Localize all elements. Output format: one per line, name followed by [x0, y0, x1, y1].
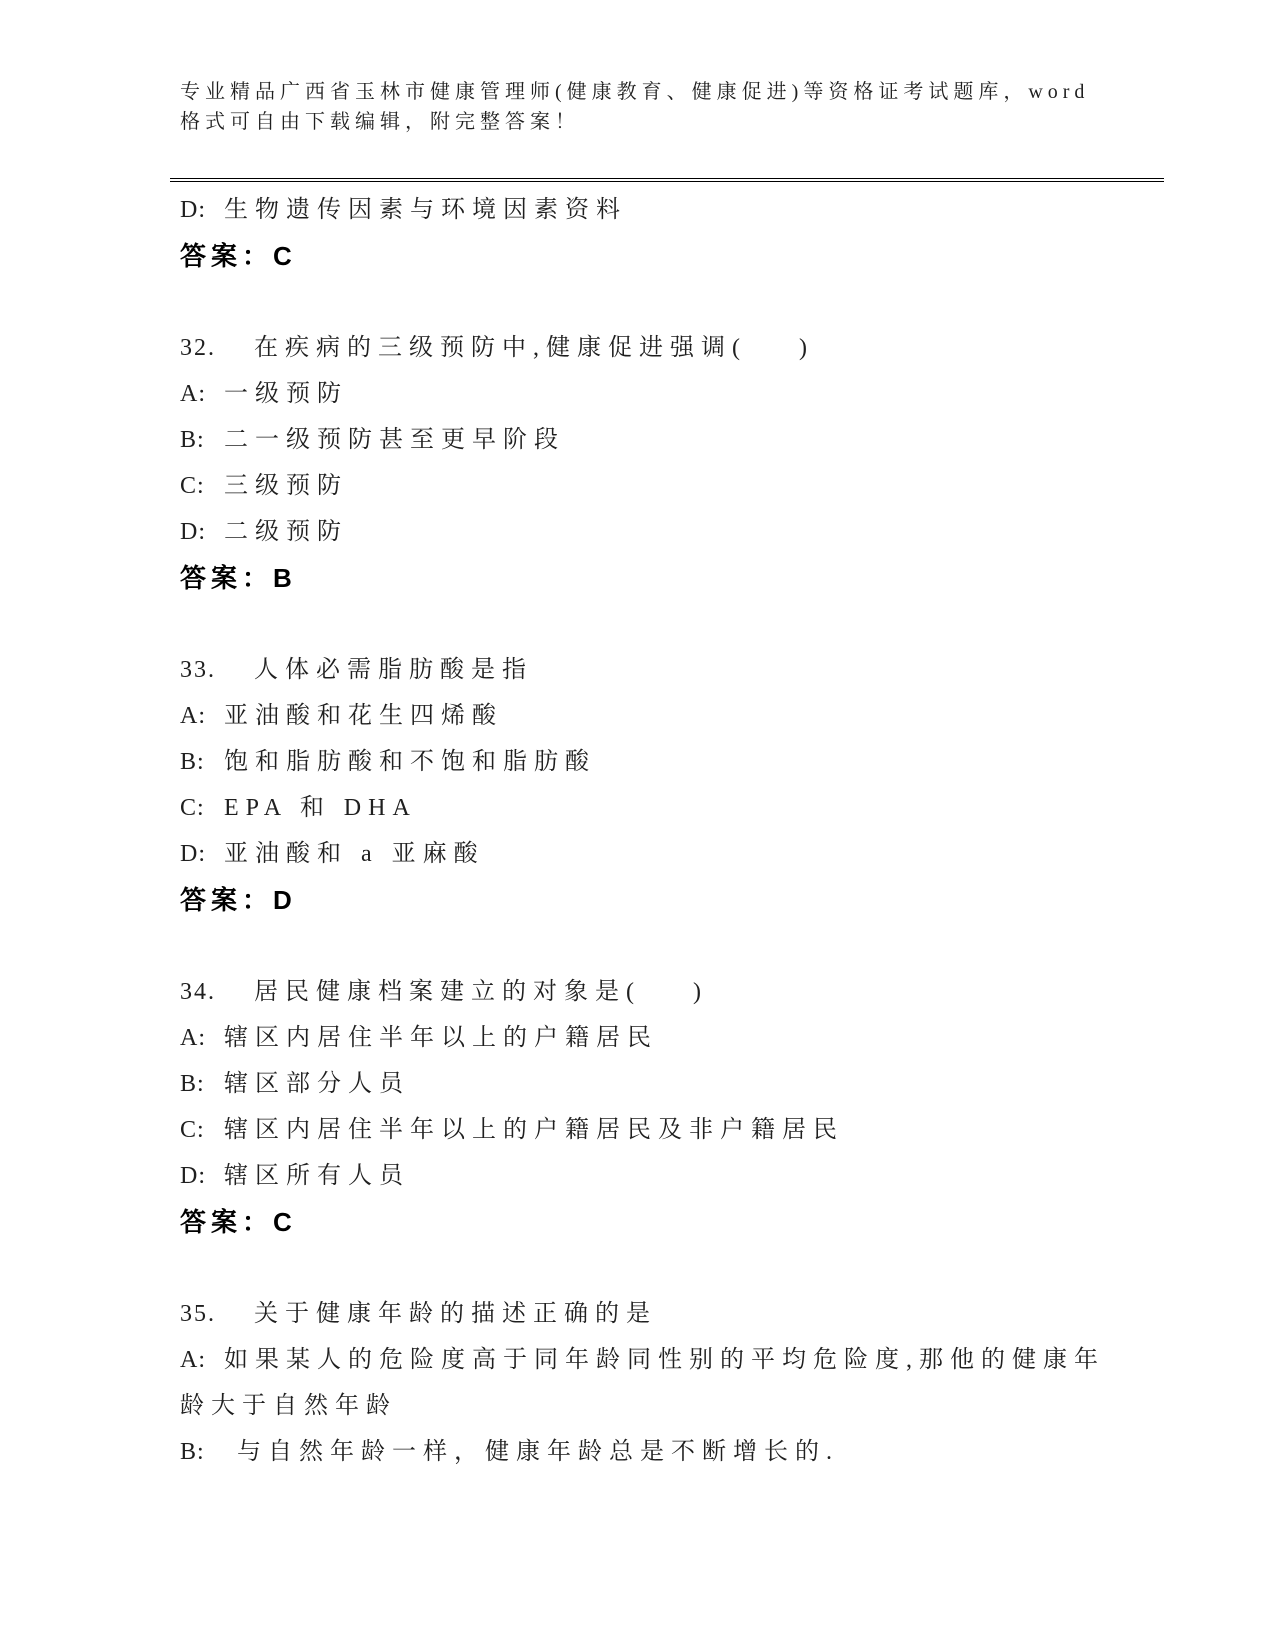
- option-label: C:: [180, 1107, 224, 1153]
- answer-line: 答案：B: [180, 555, 1190, 601]
- option-a: A:亚油酸和花生四烯酸: [180, 693, 1190, 739]
- option-text: 二级预防: [224, 519, 348, 545]
- document-page: 专业精品广西省玉林市健康管理师(健康教育、健康促进)等资格证考试题库，word …: [0, 0, 1275, 1650]
- question-title: 35.关于健康年龄的描述正确的是: [180, 1291, 1190, 1337]
- option-a-continuation: 龄大于自然年龄: [180, 1383, 1190, 1429]
- option-text: 辖区所有人员: [224, 1163, 410, 1189]
- question-title: 33.人体必需脂肪酸是指: [180, 647, 1190, 693]
- option-c: C:三级预防: [180, 463, 1190, 509]
- question-35: 35.关于健康年龄的描述正确的是 A:如果某人的危险度高于同年龄同性别的平均危险…: [180, 1291, 1190, 1475]
- option-label: B:: [180, 739, 224, 785]
- question-number: 35.: [180, 1291, 254, 1337]
- option-text: 三级预防: [224, 473, 348, 499]
- question-title: 34.居民健康档案建立的对象是( ): [180, 969, 1190, 1015]
- option-text: 辖区内居住半年以上的户籍居民及非户籍居民: [224, 1117, 844, 1143]
- option-text: 生物遗传因素与环境因素资料: [224, 197, 627, 223]
- question-number: 33.: [180, 647, 254, 693]
- option-text: 二一级预防甚至更早阶段: [224, 427, 565, 453]
- question-32: 32.在疾病的三级预防中,健康促进强调( ) A:一级预防 B:二一级预防甚至更…: [180, 325, 1190, 601]
- option-label: D:: [180, 509, 224, 555]
- option-label: A:: [180, 371, 224, 417]
- option-a: A:一级预防: [180, 371, 1190, 417]
- answer-line: 答案：C: [180, 233, 1190, 279]
- option-label: B:: [180, 1061, 224, 1107]
- option-label: C:: [180, 785, 224, 831]
- option-b: B:辖区部分人员: [180, 1061, 1190, 1107]
- option-text: EPA 和 DHA: [224, 795, 417, 821]
- option-text: 辖区内居住半年以上的户籍居民: [224, 1025, 658, 1051]
- question-34: 34.居民健康档案建立的对象是( ) A:辖区内居住半年以上的户籍居民 B:辖区…: [180, 969, 1190, 1245]
- option-d: D:亚油酸和 a 亚麻酸: [180, 831, 1190, 877]
- question-number: 34.: [180, 969, 254, 1015]
- option-text: 饱和脂肪酸和不饱和脂肪酸: [224, 749, 596, 775]
- question-title: 32.在疾病的三级预防中,健康促进强调( ): [180, 325, 1190, 371]
- option-label: A:: [180, 1015, 224, 1061]
- option-c: C:EPA 和 DHA: [180, 785, 1190, 831]
- option-d: D:二级预防: [180, 509, 1190, 555]
- question-number: 32.: [180, 325, 254, 371]
- option-b: B:二一级预防甚至更早阶段: [180, 417, 1190, 463]
- option-b: B: 与自然年龄一样，健康年龄总是不断增长的.: [180, 1429, 1190, 1475]
- option-text: 与自然年龄一样，健康年龄总是不断增长的.: [224, 1439, 839, 1465]
- option-d: D:生物遗传因素与环境因素资料: [180, 187, 1190, 233]
- question-33: 33.人体必需脂肪酸是指 A:亚油酸和花生四烯酸 B:饱和脂肪酸和不饱和脂肪酸 …: [180, 647, 1190, 923]
- option-c: C:辖区内居住半年以上的户籍居民及非户籍居民: [180, 1107, 1190, 1153]
- option-text: 辖区部分人员: [224, 1071, 410, 1097]
- question-text: 人体必需脂肪酸是指: [254, 657, 533, 683]
- option-label: B:: [180, 417, 224, 463]
- option-text: 亚油酸和花生四烯酸: [224, 703, 503, 729]
- option-label: B:: [180, 1429, 224, 1475]
- answer-line: 答案：C: [180, 1199, 1190, 1245]
- question-text: 在疾病的三级预防中,健康促进强调( ): [254, 335, 814, 361]
- document-body: D:生物遗传因素与环境因素资料 答案：C 32.在疾病的三级预防中,健康促进强调…: [170, 187, 1190, 1475]
- option-b: B:饱和脂肪酸和不饱和脂肪酸: [180, 739, 1190, 785]
- option-text: 一级预防: [224, 381, 348, 407]
- header-divider: [170, 178, 1164, 182]
- question-text: 居民健康档案建立的对象是( ): [254, 979, 708, 1005]
- option-label: A:: [180, 693, 224, 739]
- option-label: D:: [180, 1153, 224, 1199]
- answer-line: 答案：D: [180, 877, 1190, 923]
- option-label: D:: [180, 831, 224, 877]
- option-label: A:: [180, 1337, 224, 1383]
- question-31-tail: D:生物遗传因素与环境因素资料 答案：C: [180, 187, 1190, 279]
- option-d: D:辖区所有人员: [180, 1153, 1190, 1199]
- header-note-line2: 格式可自由下载编辑，附完整答案！: [180, 107, 1275, 137]
- option-text: 如果某人的危险度高于同年龄同性别的平均危险度,那他的健康年: [224, 1347, 1105, 1373]
- option-a: A:辖区内居住半年以上的户籍居民: [180, 1015, 1190, 1061]
- option-label: D:: [180, 187, 224, 233]
- header-note-line1: 专业精品广西省玉林市健康管理师(健康教育、健康促进)等资格证考试题库，word: [180, 77, 1275, 107]
- option-text: 亚油酸和 a 亚麻酸: [224, 841, 485, 867]
- question-text: 关于健康年龄的描述正确的是: [254, 1301, 657, 1327]
- option-a: A:如果某人的危险度高于同年龄同性别的平均危险度,那他的健康年: [180, 1337, 1190, 1383]
- option-label: C:: [180, 463, 224, 509]
- page-header: 专业精品广西省玉林市健康管理师(健康教育、健康促进)等资格证考试题库，word …: [170, 77, 1275, 137]
